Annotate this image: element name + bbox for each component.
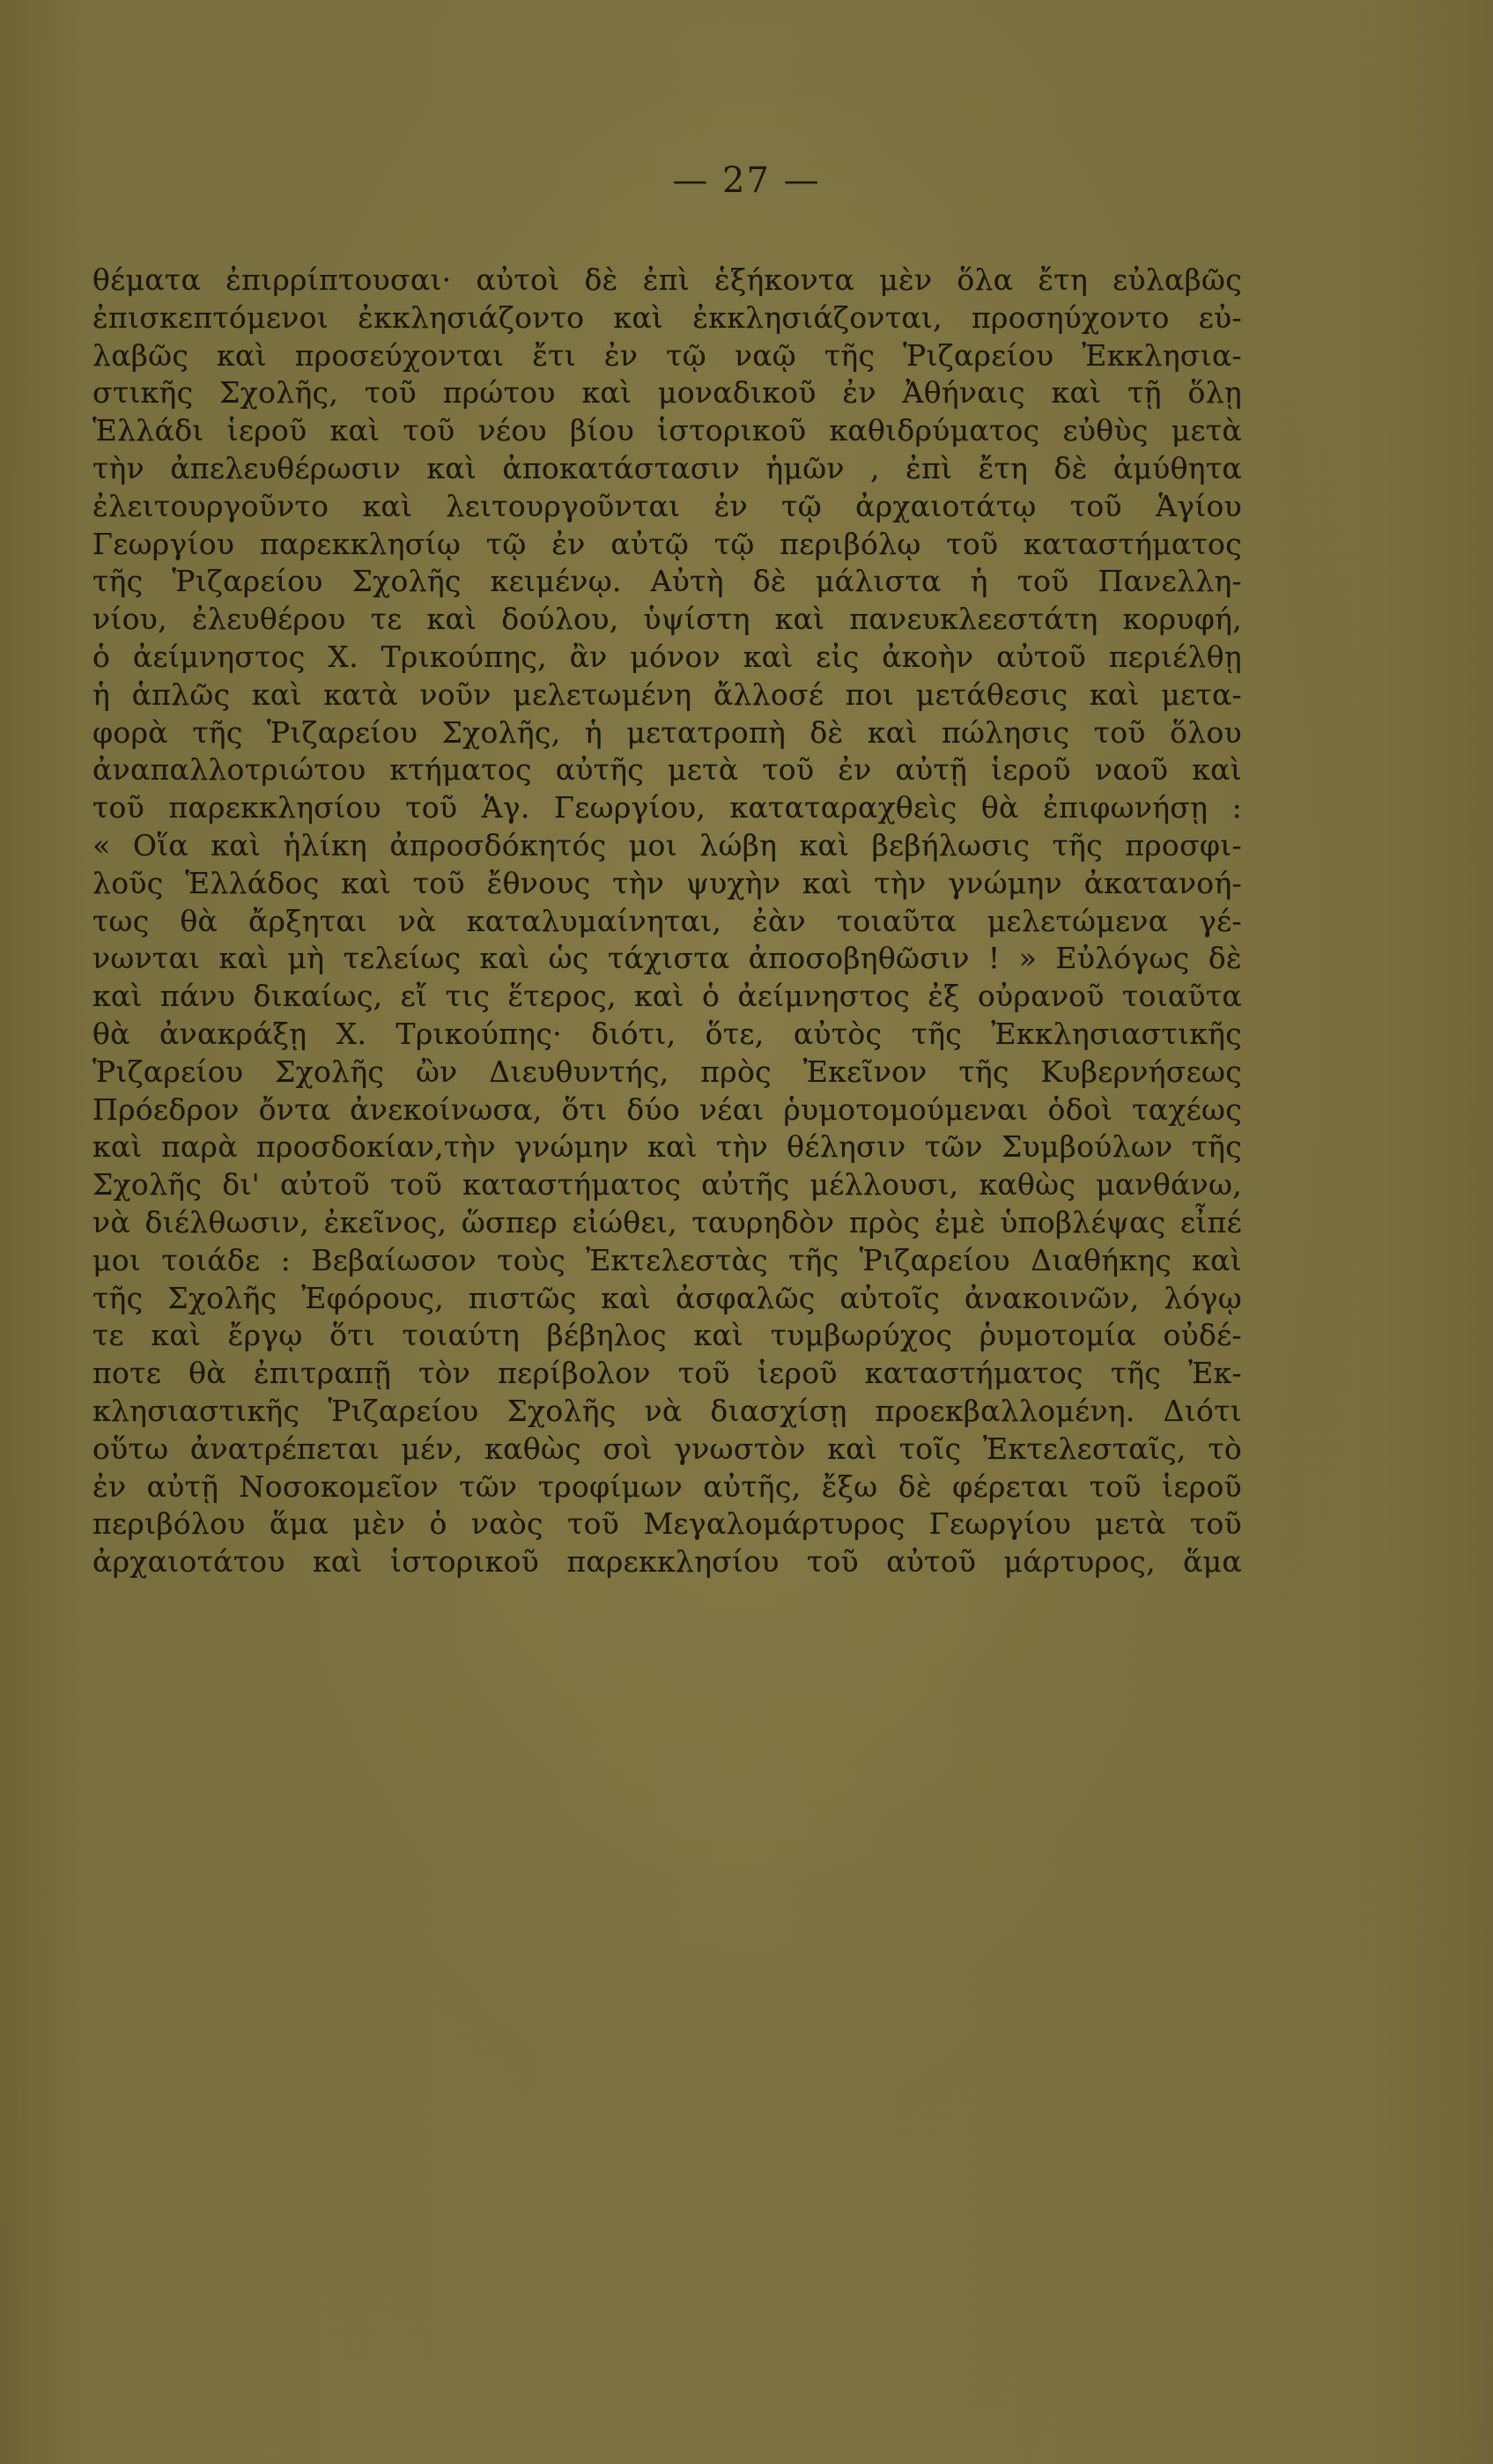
text-line: περιβόλου ἅμα μὲν ὁ ναὸς τοῦ Μεγαλομάρτυ… xyxy=(92,1506,1242,1543)
text-line: θὰ ἀνακράξῃ Χ. Τρικούπης· διότι, ὅτε, αὐ… xyxy=(92,1016,1242,1054)
text-line: θέματα ἐπιρρίπτουσαι· αὐτοὶ δὲ ἐπὶ ἑξήκο… xyxy=(92,262,1242,300)
text-line: καὶ παρὰ προσδοκίαν,τὴν γνώμην καὶ τὴν θ… xyxy=(92,1128,1242,1166)
text-line: τοῦ παρεκκλησίου τοῦ Ἁγ. Γεωργίου, κατατ… xyxy=(92,789,1242,827)
text-line: ὁ ἀείμνηστος Χ. Τρικούπης, ἂν μόνον καὶ … xyxy=(92,639,1242,677)
text-line: λαβῶς καὶ προσεύχονται ἔτι ἐν τῷ ναῷ τῆς… xyxy=(92,337,1242,375)
text-line: ἐν αὐτῇ Νοσοκομεῖον τῶν τροφίμων αὐτῆς, … xyxy=(92,1469,1242,1506)
text-line: νὰ διέλθωσιν, ἐκεῖνος, ὥσπερ εἰώθει, ταυ… xyxy=(92,1204,1242,1242)
text-line: ἡ ἁπλῶς καὶ κατὰ νοῦν μελετωμένη ἄλλοσέ … xyxy=(92,677,1242,714)
text-line: Ἑλλάδι ἱεροῦ καὶ τοῦ νέου βίου ἱστορικοῦ… xyxy=(92,412,1242,450)
text-line: στικῆς Σχολῆς, τοῦ πρώτου καὶ μοναδικοῦ … xyxy=(92,374,1242,412)
text-line: ἐλειτουργοῦντο καὶ λειτουργοῦνται ἐν τῷ … xyxy=(92,488,1242,526)
text-line: φορὰ τῆς Ῥιζαρείου Σχολῆς, ἡ μετατροπὴ δ… xyxy=(92,714,1242,752)
page-number: — 27 — xyxy=(0,160,1493,201)
text-line: τε καὶ ἔργῳ ὅτι τοιαύτη βέβηλος καὶ τυμβ… xyxy=(92,1317,1242,1355)
text-line: τῆς Ῥιζαρείου Σχολῆς κειμένῳ. Αὐτὴ δὲ μά… xyxy=(92,563,1242,601)
text-line: Σχολῆς δι' αὐτοῦ τοῦ καταστήματος αὐτῆς … xyxy=(92,1166,1242,1204)
text-line: ποτε θὰ ἐπιτραπῇ τὸν περίβολον τοῦ ἱεροῦ… xyxy=(92,1355,1242,1393)
scanned-book-page: — 27 — θέματα ἐπιρρίπτουσαι· αὐτοὶ δὲ ἐπ… xyxy=(0,0,1493,2464)
text-line: λοῦς Ἑλλάδος καὶ τοῦ ἔθνους τὴν ψυχὴν κα… xyxy=(92,865,1242,903)
text-line: νωνται καὶ μὴ τελείως καὶ ὡς τάχιστα ἀπο… xyxy=(92,940,1242,978)
text-line: τὴν ἀπελευθέρωσιν καὶ ἀποκατάστασιν ἡμῶν… xyxy=(92,450,1242,488)
text-line: Πρόεδρον ὄντα ἀνεκοίνωσα, ὅτι δύο νέαι ῥ… xyxy=(92,1091,1242,1129)
text-line: « Οἵα καὶ ἡλίκη ἀπροσδόκητός μοι λώβη κα… xyxy=(92,827,1242,865)
text-line: οὕτω ἀνατρέπεται μέν, καθὼς σοὶ γνωστὸν … xyxy=(92,1431,1242,1469)
text-line: τως θὰ ἄρξηται νὰ καταλυμαίνηται, ἐὰν το… xyxy=(92,903,1242,941)
text-line: ἀναπαλλοτριώτου κτήματος αὐτῆς μετὰ τοῦ … xyxy=(92,751,1242,789)
text-line: μοι τοιάδε : Βεβαίωσον τοὺς Ἐκτελεστὰς τ… xyxy=(92,1242,1242,1280)
text-line: ἐπισκεπτόμενοι ἐκκλησιάζοντο καὶ ἐκκλησι… xyxy=(92,300,1242,337)
text-line: καὶ πάνυ δικαίως, εἴ τις ἕτερος, καὶ ὁ ἀ… xyxy=(92,978,1242,1016)
text-line: Ῥιζαρείου Σχολῆς ὢν Διευθυντής, πρὸς Ἐκε… xyxy=(92,1054,1242,1091)
text-line: κλησιαστικῆς Ῥιζαρείου Σχολῆς νὰ διασχίσ… xyxy=(92,1393,1242,1431)
text-line: νίου, ἐλευθέρου τε καὶ δούλου, ὑψίστη κα… xyxy=(92,601,1242,639)
text-line: ἀρχαιοτάτου καὶ ἱστορικοῦ παρεκκλησίου τ… xyxy=(92,1543,1242,1581)
body-paragraph: θέματα ἐπιρρίπτουσαι· αὐτοὶ δὲ ἐπὶ ἑξήκο… xyxy=(92,262,1242,1581)
text-line: Γεωργίου παρεκκλησίῳ τῷ ἐν αὐτῷ τῷ περιβ… xyxy=(92,526,1242,564)
text-line: τῆς Σχολῆς Ἐφόρους, πιστῶς καὶ ἀσφαλῶς α… xyxy=(92,1280,1242,1318)
